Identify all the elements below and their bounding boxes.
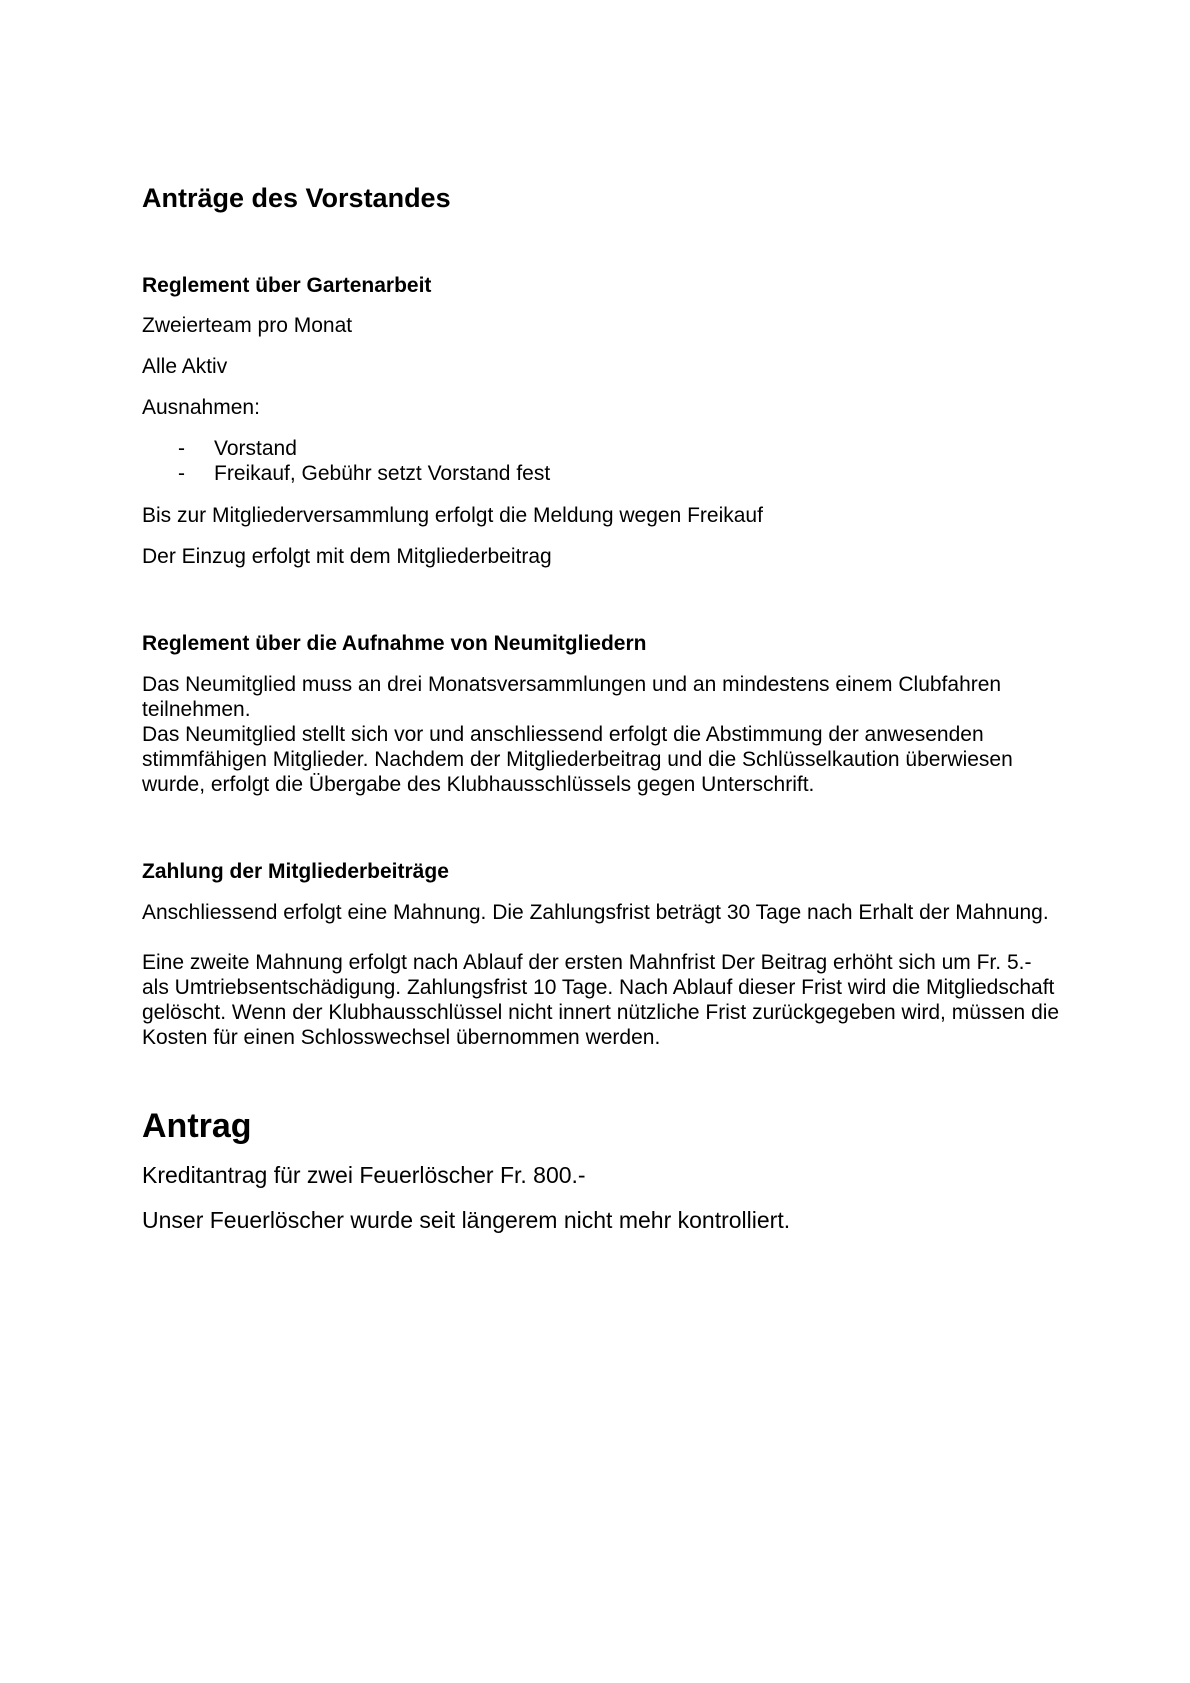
page-title: Anträge des Vorstandes [142,183,451,214]
list-item: -Freikauf, Gebühr setzt Vorstand fest [178,461,550,486]
list-item-text: Vorstand [214,437,297,460]
paragraph: Das Neumitglied muss an drei Monatsversa… [142,672,1062,722]
list-item-text: Freikauf, Gebühr setzt Vorstand fest [214,462,550,485]
text-line: Unser Feuerlöscher wurde seit längerem n… [142,1207,790,1234]
bullet-dash: - [178,436,214,461]
paragraph: Anschliessend erfolgt eine Mahnung. Die … [142,900,1062,925]
section-heading-neumitglieder: Reglement über die Aufnahme von Neumitgl… [142,632,646,656]
bullet-dash: - [178,461,214,486]
text-line: Ausnahmen: [142,396,260,420]
text-line: Der Einzug erfolgt mit dem Mitgliederbei… [142,545,552,569]
text-line: Kreditantrag für zwei Feuerlöscher Fr. 8… [142,1162,586,1189]
text-line: Bis zur Mitgliederversammlung erfolgt di… [142,504,763,528]
text-line: Alle Aktiv [142,355,227,379]
paragraph: Eine zweite Mahnung erfolgt nach Ablauf … [142,950,1062,1050]
list-item: -Vorstand [178,436,297,461]
section-heading-gartenarbeit: Reglement über Gartenarbeit [142,274,431,298]
text-line: Zweierteam pro Monat [142,314,352,338]
section-heading-zahlung: Zahlung der Mitgliederbeiträge [142,860,449,884]
paragraph: Das Neumitglied stellt sich vor und ansc… [142,722,1062,797]
antrag-heading: Antrag [142,1107,252,1146]
